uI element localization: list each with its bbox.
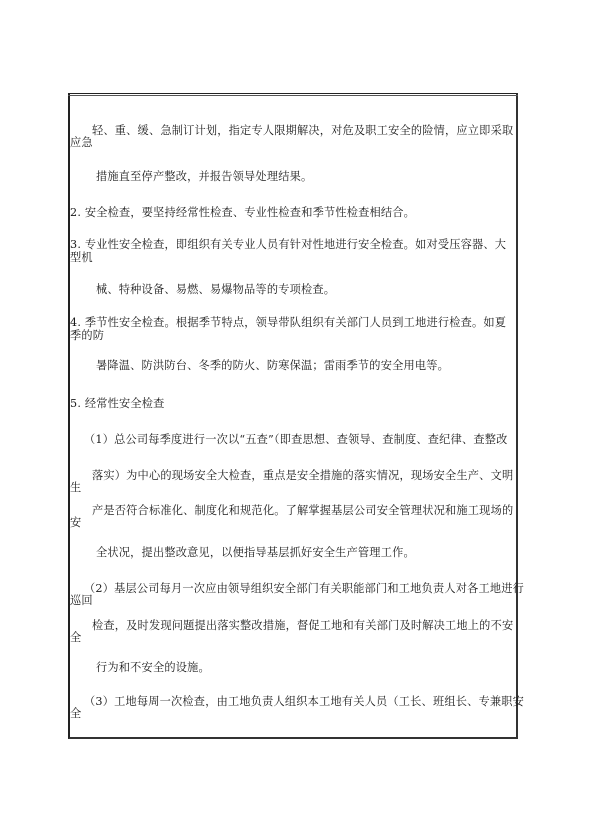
text-line-sub1-wrap2: 安 [70, 516, 81, 529]
text-line-sub1-cont2: 产是否符合标准化、制度化和规范化。了解掌握基层公司安全管理状况和施工现场的 [92, 504, 513, 517]
text-line-sub2-wrap1: 巡回 [70, 594, 93, 607]
text-line-item1-wrap: 应急 [70, 136, 93, 149]
text-line-sub1-wrap1: 生 [70, 481, 81, 494]
text-line-sub2: （2）基层公司每月一次应由领导组织安全部门有关职能部门和工地负责人对各工地进行 [84, 582, 524, 595]
text-line-item2: 2. 安全检查，要坚持经常性检查、专业性检查和季节性检查相结合。 [70, 206, 415, 219]
text-line-sub1: （1）总公司每季度进行一次以“五查”（即查思想、查领导、查制度、查纪律、查整改 [84, 433, 508, 446]
text-line-item3-end: 械、特种设备、易燃、易爆物品等的专项检查。 [96, 283, 335, 296]
text-line-item1-end: 措施直至停产整改，并报告领导处理结果。 [96, 170, 312, 183]
text-line-sub1-end: 全状况，提出整改意见，以便指导基层抓好安全生产管理工作。 [96, 546, 415, 559]
text-line-item3: 3. 专业性安全检查，即组织有关专业人员有针对性地进行安全检查。如对受压容器、大 [70, 238, 506, 251]
text-line-sub3: （3）工地每周一次检查，由工地负责人组织本工地有关人员（工长、班组长、专兼职安 [84, 695, 524, 708]
text-line-sub1-cont: 落实）为中心的现场安全大检查，重点是安全措施的落实情况，现场安全生产、文明 [92, 469, 513, 482]
text-line-item4: 4. 季节性安全检查。根据季节特点，领导带队组织有关部门人员到工地进行检查。如夏 [70, 316, 506, 329]
text-line-sub3-wrap: 全 [70, 707, 81, 720]
text-line-item4-end: 暑降温、防洪防台、冬季的防火、防寒保温；雷雨季节的安全用电等。 [96, 359, 449, 372]
section-heading-item5: 5. 经常性安全检查 [70, 397, 165, 410]
document-frame [68, 93, 518, 739]
text-line-sub2-end: 行为和不安全的设施。 [96, 661, 210, 674]
text-line-item4-wrap: 季的防 [70, 329, 104, 342]
text-line-item1-cont: 轻、重、缓、急制订计划，指定专人限期解决，对危及职工安全的险情，应立即采取 [92, 124, 513, 137]
text-line-sub2-wrap2: 全 [70, 631, 81, 644]
text-line-sub2-cont: 检查，及时发现问题提出落实整改措施，督促工地和有关部门及时解决工地上的不安 [92, 619, 513, 632]
text-line-item3-wrap: 型机 [70, 251, 93, 264]
